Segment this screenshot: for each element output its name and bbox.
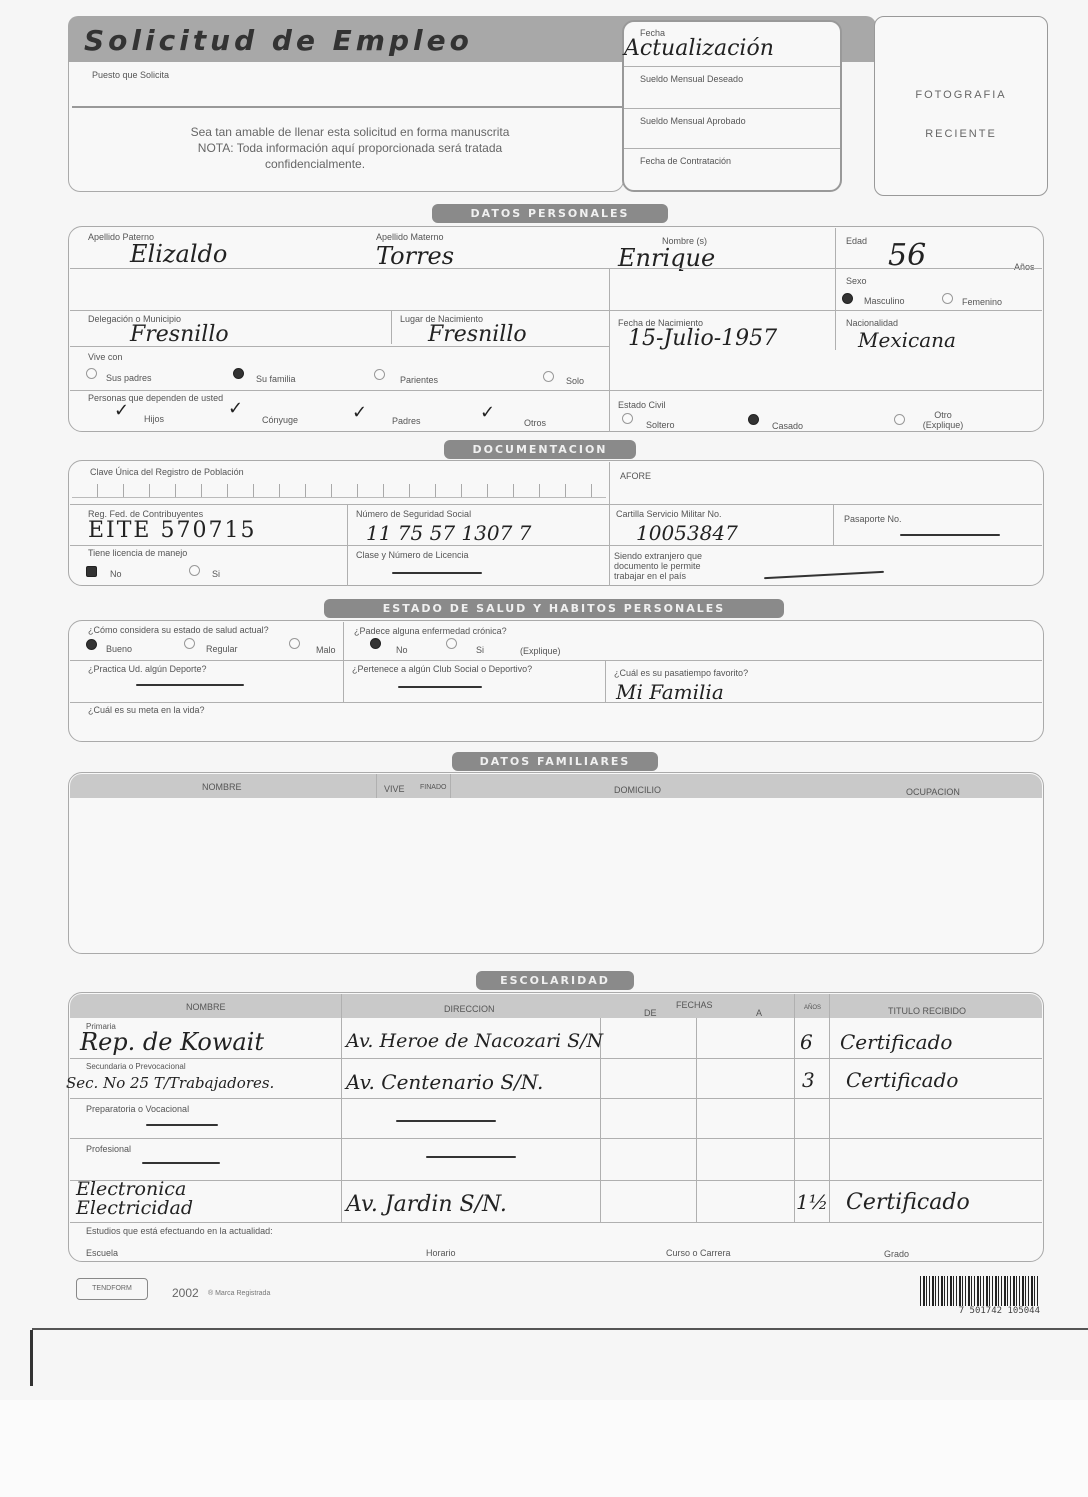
afore-label: AFORE <box>620 471 651 481</box>
divider <box>609 310 610 432</box>
curp-field[interactable] <box>72 484 606 498</box>
salud-box <box>68 620 1044 742</box>
scan-left-edge <box>30 1330 33 1386</box>
estado-civil-soltero-label: Soltero <box>646 420 675 430</box>
barcode <box>920 1276 1038 1306</box>
vive-con-parientes-radio[interactable] <box>374 369 385 380</box>
section-documentacion: DOCUMENTACION <box>444 440 636 459</box>
lugar-nacimiento-value[interactable]: Fresnillo <box>428 322 527 347</box>
estado-civil-otro-label: Otro (Explique) <box>918 410 968 430</box>
familiares-col-nombre: NOMBRE <box>202 782 242 792</box>
divider <box>833 504 834 546</box>
salud-bueno-radio[interactable] <box>86 639 97 650</box>
divider <box>376 774 377 798</box>
escolaridad-row-nombre[interactable]: Electronica Electricidad <box>76 1180 256 1218</box>
brand-name: TENDFORM <box>92 1285 132 1292</box>
divider <box>70 390 610 391</box>
scan-strip <box>0 1400 1088 1497</box>
escolaridad-row-anos[interactable]: 3 <box>802 1068 815 1092</box>
anos-label: Años <box>1014 262 1035 272</box>
escolaridad-col-direccion: DIRECCION <box>444 1004 495 1014</box>
delegacion-value[interactable]: Fresnillo <box>130 322 229 347</box>
sexo-masculino-label: Masculino <box>864 296 905 306</box>
dependientes-hijos-check[interactable]: ✓ <box>114 400 129 421</box>
pasaporte-blank[interactable] <box>900 534 1000 536</box>
dependientes-padres-check[interactable]: ✓ <box>352 402 367 423</box>
salud-malo-radio[interactable] <box>289 638 300 649</box>
instructions: Sea tan amable de llenar esta solicitud … <box>110 124 590 172</box>
familiares-rows[interactable] <box>72 800 1040 950</box>
divider <box>70 1098 1042 1099</box>
salud-bueno-label: Bueno <box>106 644 132 654</box>
nacionalidad-label: Nacionalidad <box>846 318 898 328</box>
divider <box>72 106 622 108</box>
divider <box>70 1138 1042 1139</box>
deporte-blank[interactable] <box>136 684 244 686</box>
sexo-femenino-label: Femenino <box>962 297 1002 307</box>
edad-label: Edad <box>846 236 867 246</box>
cartilla-label: Cartilla Servicio Militar No. <box>616 509 722 519</box>
escolaridad-row-nombre[interactable]: Rep. de Kowait <box>80 1028 264 1056</box>
licencia-no-radio[interactable] <box>86 566 97 577</box>
escolaridad-row-nombre[interactable]: Sec. No 25 T/Trabajadores. <box>66 1074 274 1092</box>
dependientes-conyuge-label: Cónyuge <box>262 415 298 425</box>
section-datos-familiares: DATOS FAMILIARES <box>452 752 658 771</box>
rfc-value[interactable]: EITE 570715 <box>88 518 256 543</box>
escuela-label: Escuela <box>86 1248 118 1258</box>
sexo-masculino-radio[interactable] <box>842 293 853 304</box>
divider <box>70 660 1042 661</box>
estado-salud-label: ¿Cómo considera su estado de salud actua… <box>88 625 269 635</box>
salud-malo-label: Malo <box>316 645 336 655</box>
page-title: Solicitud de Empleo <box>84 24 473 57</box>
vive-con-solo-radio[interactable] <box>543 371 554 382</box>
dependientes-otros-check[interactable]: ✓ <box>480 402 495 423</box>
escolaridad-row-direccion[interactable]: Av. Heroe de Nacozari S/N <box>346 1030 603 1052</box>
preparatoria-nombre-blank[interactable] <box>146 1124 218 1126</box>
section-datos-personales: DATOS PERSONALES <box>432 204 668 223</box>
familiares-col-ocupacion: OCUPACION <box>906 787 960 797</box>
divider <box>343 622 344 702</box>
divider <box>829 994 830 1222</box>
escolaridad-col-nombre: NOMBRE <box>186 1002 226 1012</box>
divider <box>624 108 840 109</box>
escolaridad-row-level: Preparatoria o Vocacional <box>86 1104 189 1114</box>
fecha-contratacion-field[interactable] <box>640 168 830 188</box>
escolaridad-row-titulo[interactable]: Certificado <box>846 1190 970 1215</box>
divider <box>609 268 610 310</box>
licencia-label: Tiene licencia de manejo <box>88 548 187 558</box>
enfermedad-no-radio[interactable] <box>370 638 381 649</box>
divider <box>609 462 610 586</box>
club-blank[interactable] <box>398 686 482 688</box>
divider <box>696 1018 697 1222</box>
escolaridad-row-anos[interactable]: 6 <box>800 1030 813 1054</box>
fecha-value[interactable]: Actualización <box>624 36 774 61</box>
cartilla-value[interactable]: 10053847 <box>636 521 738 545</box>
divider <box>624 66 840 67</box>
divider <box>70 1058 1042 1059</box>
photo-box <box>874 16 1048 196</box>
estado-civil-soltero-radio[interactable] <box>622 413 633 424</box>
pasatiempo-label: ¿Cuál es su pasatiempo favorito? <box>614 668 748 678</box>
dependientes-padres-label: Padres <box>392 416 421 426</box>
vive-con-parientes-label: Parientes <box>400 375 438 385</box>
sueldo-aprobado-label: Sueldo Mensual Aprobado <box>640 116 746 126</box>
escolaridad-col-a: A <box>756 1008 762 1018</box>
salud-regular-label: Regular <box>206 644 238 654</box>
dependientes-conyuge-check[interactable]: ✓ <box>228 398 243 419</box>
clase-licencia-blank[interactable] <box>392 572 482 574</box>
pasatiempo-value[interactable]: Mi Familia <box>616 680 724 704</box>
enfermedad-si-radio[interactable] <box>446 638 457 649</box>
familiares-col-vive: VIVE <box>384 784 405 794</box>
enfermedad-si-label: Si <box>476 645 484 655</box>
profesional-direccion-blank[interactable] <box>426 1156 516 1158</box>
escolaridad-row-titulo[interactable]: Certificado <box>846 1068 958 1092</box>
curso-label: Curso o Carrera <box>666 1248 731 1258</box>
meta-label: ¿Cuál es su meta en la vida? <box>88 705 205 715</box>
enfermedad-explique-label: (Explique) <box>520 646 561 656</box>
preparatoria-direccion-blank[interactable] <box>396 1120 496 1122</box>
divider <box>70 702 1042 703</box>
apellido-paterno-value[interactable]: Elizaldo <box>130 240 227 268</box>
escolaridad-col-de: DE <box>644 1008 657 1018</box>
escolaridad-row-direccion[interactable]: Av. Jardin S/N. <box>346 1192 507 1217</box>
divider <box>624 148 840 149</box>
divider <box>70 504 1042 505</box>
divider <box>835 310 836 350</box>
puesto-field[interactable] <box>90 82 610 104</box>
escolaridad-row-direccion[interactable]: Av. Centenario S/N. <box>346 1070 543 1094</box>
licencia-no-label: No <box>110 569 122 579</box>
vive-con-su-familia-radio[interactable] <box>233 368 244 379</box>
fecha-contratacion-label: Fecha de Contratación <box>640 156 731 166</box>
dependientes-otros-label: Otros <box>524 418 546 428</box>
escolaridad-row-level: Secundaria o Prevocacional <box>86 1062 186 1071</box>
puesto-label: Puesto que Solicita <box>92 70 169 80</box>
nss-label: Número de Seguridad Social <box>356 509 471 519</box>
nacionalidad-value[interactable]: Mexicana <box>858 328 956 352</box>
escolaridad-col-anos: AÑOS <box>804 1005 821 1011</box>
enfermedad-no-label: No <box>396 645 408 655</box>
escolaridad-row-level: Profesional <box>86 1144 131 1154</box>
estado-civil-otro-radio[interactable] <box>894 414 905 425</box>
escolaridad-col-titulo: TITULO RECIBIDO <box>888 1006 966 1016</box>
licencia-si-label: Si <box>212 569 220 579</box>
section-salud: ESTADO DE SALUD Y HABITOS PERSONALES <box>324 599 784 618</box>
scan-bottom-edge <box>32 1328 1088 1330</box>
photo-label-2: RECIENTE <box>874 128 1048 140</box>
footer-trademark: ® Marca Registrada <box>208 1290 270 1297</box>
footer-year: 2002 <box>172 1286 199 1300</box>
instruction-line-3: confidencialmente. <box>40 156 590 172</box>
curp-label: Clave Única del Registro de Población <box>90 467 244 477</box>
photo-label-1: FOTOGRAFIA <box>874 89 1048 101</box>
apellido-materno-label: Apellido Materno <box>376 232 444 242</box>
divider <box>610 390 1042 391</box>
barcode-number: 7 501742 105044 <box>910 1306 1040 1316</box>
licencia-si-radio[interactable] <box>189 565 200 576</box>
instruction-line-1: Sea tan amable de llenar esta solicitud … <box>110 124 590 140</box>
divider <box>341 994 342 1222</box>
pasaporte-label: Pasaporte No. <box>844 514 902 524</box>
vive-con-sus-padres-label: Sus padres <box>106 373 152 383</box>
escolaridad-col-fechas: FECHAS <box>676 1000 713 1010</box>
grado-label: Grado <box>884 1249 909 1259</box>
divider <box>70 346 610 347</box>
divider <box>450 774 451 798</box>
divider <box>391 310 392 344</box>
escolaridad-row-anos[interactable]: 1½ <box>796 1190 828 1214</box>
divider <box>835 228 836 314</box>
escolaridad-row-titulo[interactable]: Certificado <box>840 1030 952 1054</box>
employment-application-page: Solicitud de Empleo Puesto que Solicita … <box>0 0 1088 1497</box>
dependientes-label: Personas que dependen de usted <box>88 393 223 403</box>
vive-con-label: Vive con <box>88 352 122 362</box>
dependientes-hijos-label: Hijos <box>144 414 164 424</box>
section-escolaridad: ESCOLARIDAD <box>476 971 634 990</box>
familiares-col-finado: FINADO <box>420 784 446 791</box>
vive-con-su-familia-label: Su familia <box>256 374 296 384</box>
estado-civil-casado-radio[interactable] <box>748 414 759 425</box>
instruction-line-2: NOTA: Toda información aquí proporcionad… <box>110 140 590 156</box>
club-label: ¿Pertenece a algún Club Social o Deporti… <box>352 664 532 674</box>
sueldo-deseado-label: Sueldo Mensual Deseado <box>640 74 743 84</box>
apellido-materno-value[interactable]: Torres <box>376 242 454 270</box>
clase-licencia-label: Clase y Número de Licencia <box>356 550 469 560</box>
sexo-label: Sexo <box>846 276 867 286</box>
salud-regular-radio[interactable] <box>184 638 195 649</box>
estado-civil-casado-label: Casado <box>772 421 803 431</box>
divider <box>70 268 1042 269</box>
familiares-col-domicilio: DOMICILIO <box>614 785 661 795</box>
nss-value[interactable]: 11 75 57 1307 7 <box>366 521 531 545</box>
enfermedad-label: ¿Padece alguna enfermedad crónica? <box>354 626 507 636</box>
divider <box>70 545 1042 546</box>
profesional-nombre-blank[interactable] <box>142 1162 220 1164</box>
deporte-label: ¿Practica Ud. algún Deporte? <box>88 664 207 674</box>
extranjero-label: Siendo extranjero que documento le permi… <box>614 551 724 581</box>
divider <box>70 1222 1042 1223</box>
divider <box>605 660 606 702</box>
estudios-actuales-label: Estudios que está efectuando en la actua… <box>86 1226 273 1236</box>
divider <box>794 994 795 1222</box>
vive-con-solo-label: Solo <box>566 376 584 386</box>
sexo-femenino-radio[interactable] <box>942 293 953 304</box>
brand-logo: TENDFORM <box>76 1278 148 1300</box>
fecha-nacimiento-value[interactable]: 15-Julio-1957 <box>628 326 777 351</box>
vive-con-sus-padres-radio[interactable] <box>86 368 97 379</box>
divider <box>70 310 1042 311</box>
estado-civil-label: Estado Civil <box>618 400 666 410</box>
horario-label: Horario <box>426 1248 456 1258</box>
